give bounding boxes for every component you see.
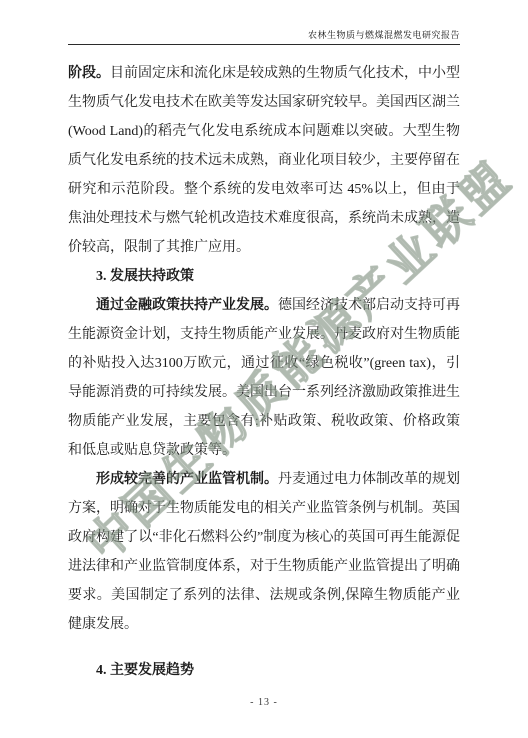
section-heading-main-trends: 4. 主要发展趋势 — [68, 656, 460, 685]
header-title: 农林生物质与燃煤混燃发电研究报告 — [68, 28, 460, 44]
document-page: 农林生物质与燃煤混燃发电研究报告 中国生物质能源产业联盟 阶段。目前固定床和流化… — [0, 0, 528, 738]
paragraph-gasification: 阶段。目前固定床和流化床是较成熟的生物质气化技术，中小型生物质气化发电技术在欧美… — [68, 59, 460, 262]
page-number: - 13 - — [250, 697, 278, 708]
page-header: 农林生物质与燃煤混燃发电研究报告 — [68, 28, 460, 45]
document-content: 阶段。目前固定床和流化床是较成熟的生物质气化技术，中小型生物质气化发电技术在欧美… — [68, 59, 460, 685]
paragraph-regulation: 形成较完善的产业监管机制。丹麦通过电力体制改革的规划方案，明确对于生物质能发电的… — [68, 465, 460, 639]
paragraph-regulation-lead: 形成较完善的产业监管机制。 — [96, 472, 278, 487]
header-rule — [68, 44, 460, 45]
paragraph-finance-policy-text: 德国经济技术部启动支持可再生能源资金计划，支持生物质能产业发展。丹麦政府对生物质… — [68, 298, 460, 458]
paragraph-finance-policy-lead: 通过金融政策扶持产业发展。 — [96, 298, 278, 313]
paragraph-finance-policy: 通过金融政策扶持产业发展。德国经济技术部启动支持可再生能源资金计划，支持生物质能… — [68, 291, 460, 465]
paragraph-gasification-text: 目前固定床和流化床是较成熟的生物质气化技术，中小型生物质气化发电技术在欧美等发达… — [68, 66, 460, 255]
paragraph-regulation-text: 丹麦通过电力体制改革的规划方案，明确对于生物质能发电的相关产业监管条例与机制。英… — [68, 472, 460, 632]
paragraph-gasification-lead: 阶段。 — [68, 66, 110, 81]
page-footer: - 13 - — [0, 697, 528, 708]
section-heading-support-policy: 3. 发展扶持政策 — [68, 262, 460, 291]
